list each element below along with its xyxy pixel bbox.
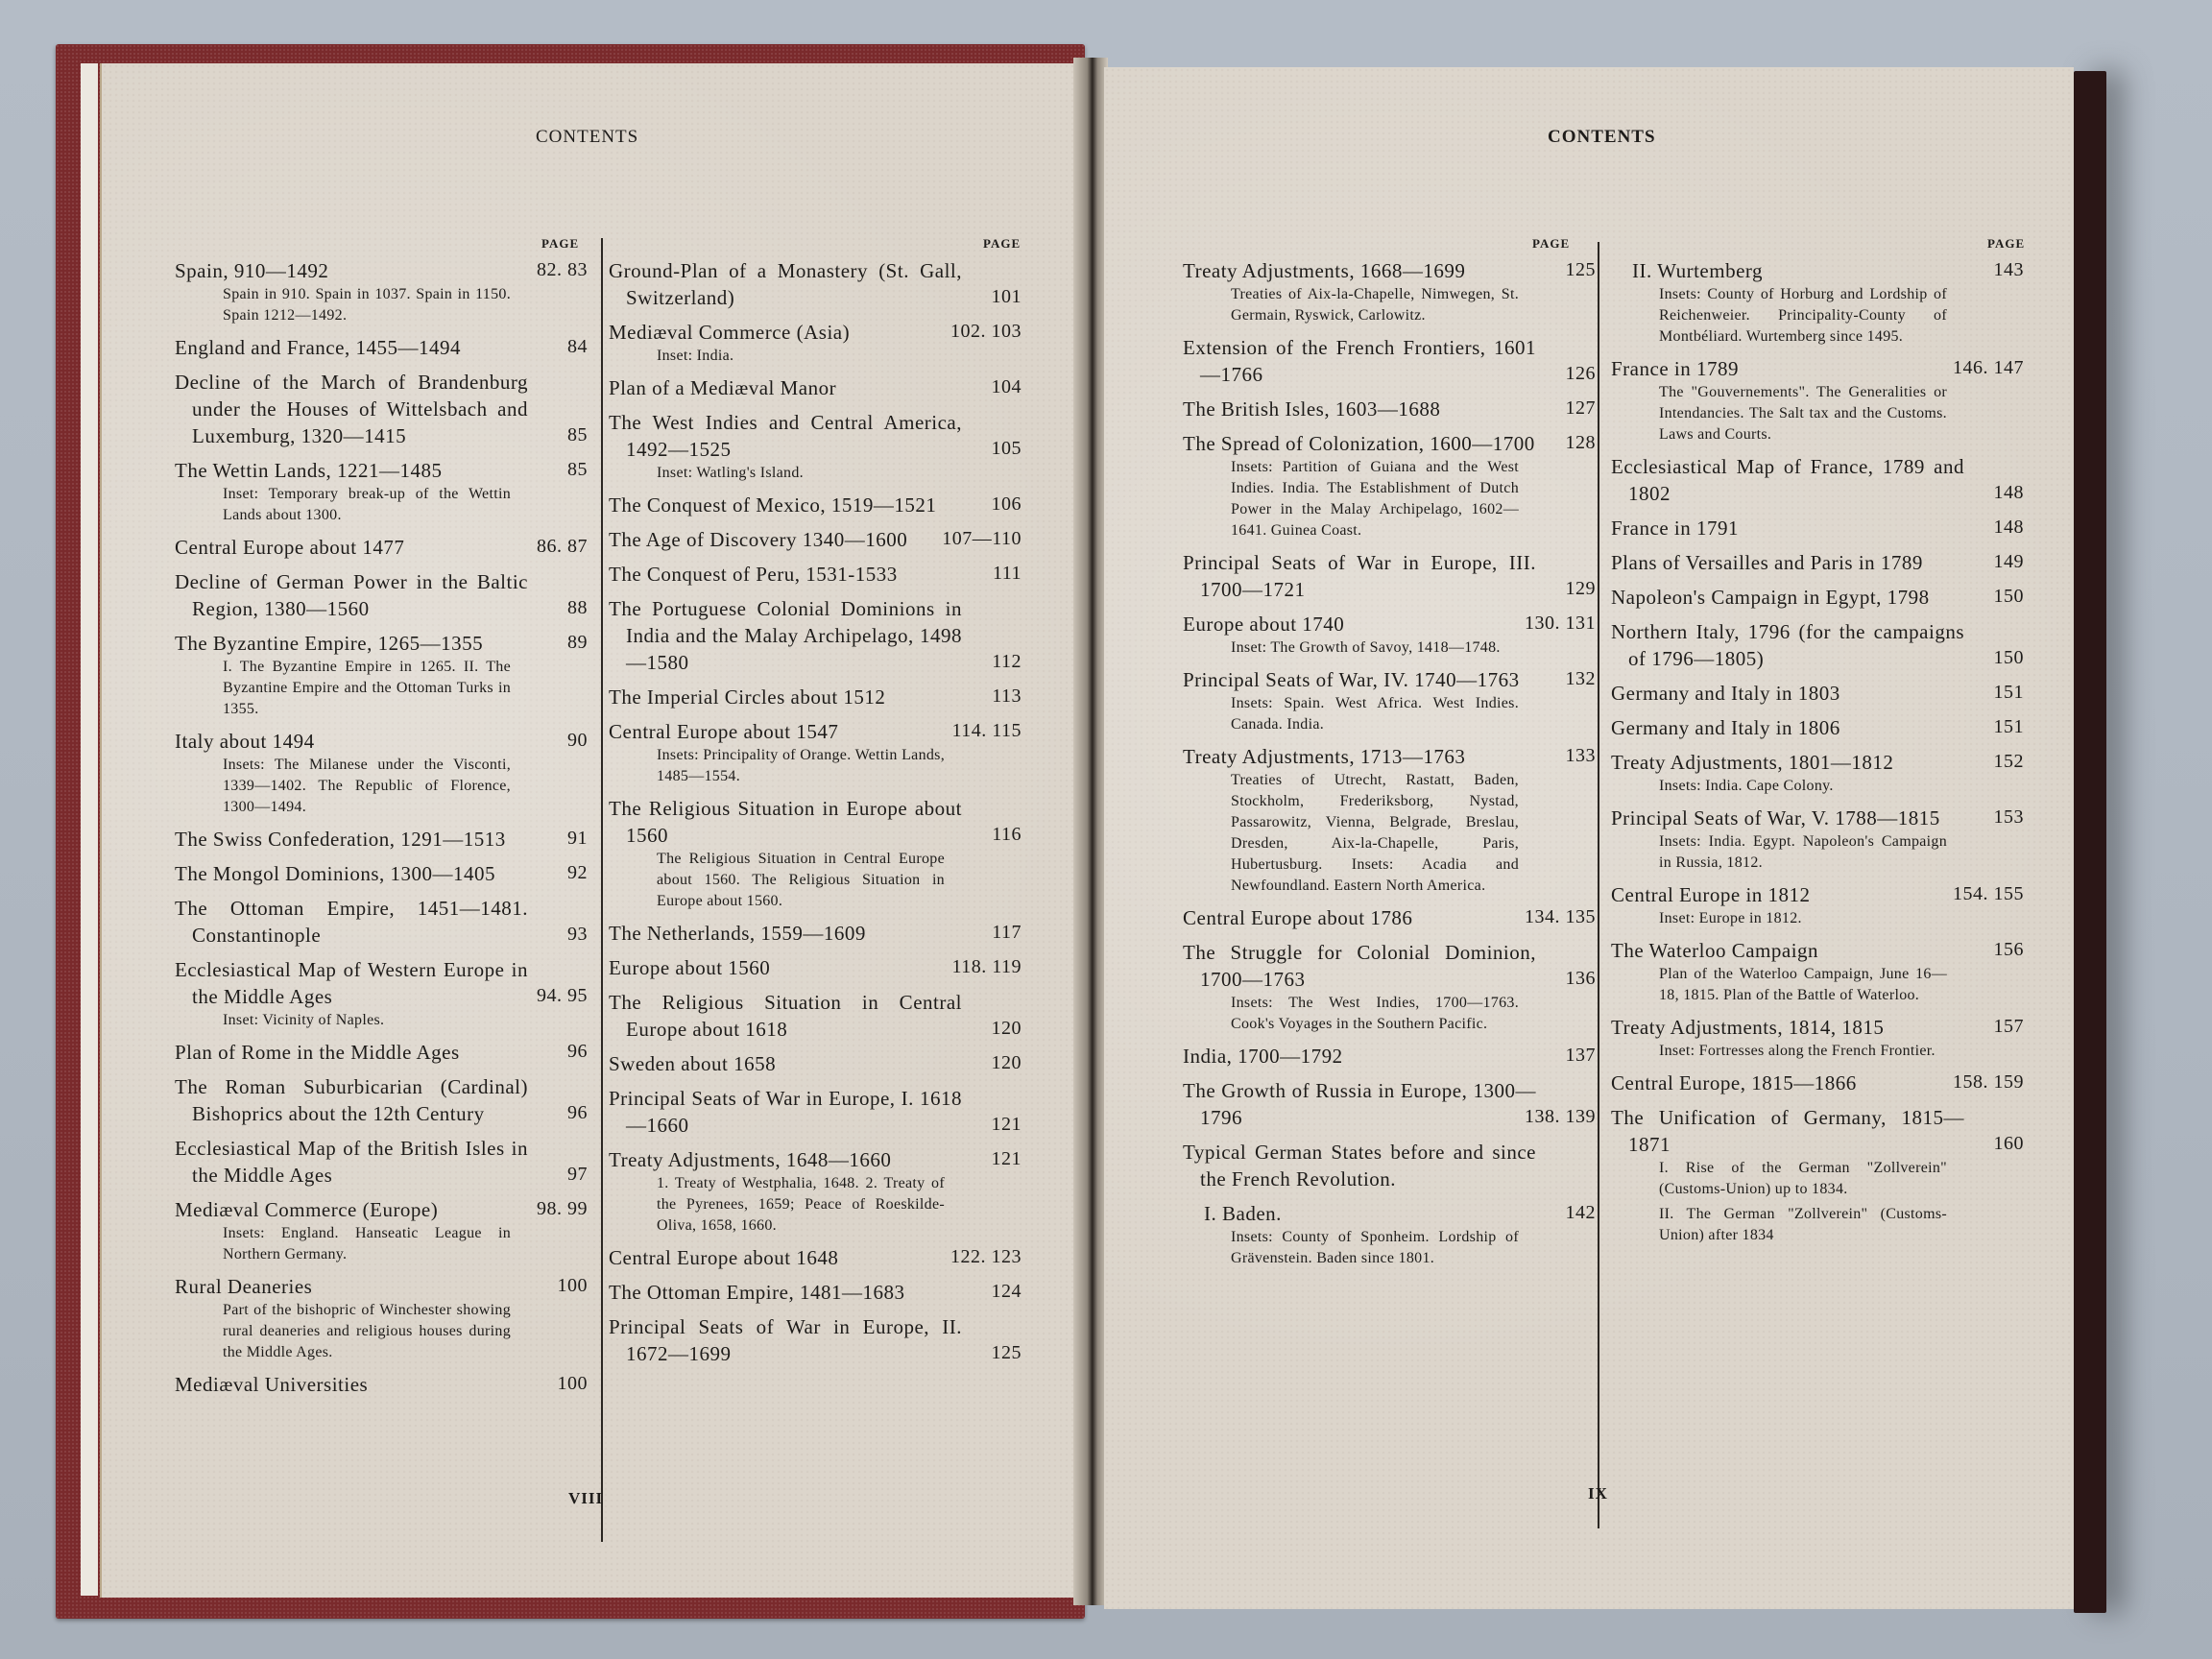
- entry-title: Rural Deaneries: [175, 1273, 528, 1300]
- entry-page-number: 158. 159: [1953, 1071, 2024, 1094]
- entry-page-number: 150: [1994, 647, 2025, 669]
- entry-inset-note: 1. Treaty of Westphalia, 1648. 2. Treaty…: [609, 1173, 945, 1237]
- entry-page-number: 134. 135: [1525, 906, 1596, 928]
- entry-inset-note: Inset: The Growth of Savoy, 1418—1748.: [1183, 637, 1519, 659]
- entry-page-number: 90: [567, 730, 588, 752]
- entry-title: The Imperial Circles about 1512: [609, 684, 962, 710]
- entry-page-number: 117: [992, 922, 1022, 944]
- toc-entry: Plans of Versailles and Paris in 1789149: [1611, 549, 2024, 576]
- toc-entry: The Portuguese Colonial Dominions in Ind…: [609, 595, 1022, 676]
- page-number: VIII: [568, 1489, 603, 1508]
- entry-title: The British Isles, 1603—1688: [1183, 396, 1536, 422]
- running-head: CONTENTS: [536, 127, 638, 148]
- toc-entry: Typical German States before and since t…: [1183, 1139, 1596, 1192]
- entry-page-number: 116: [992, 824, 1022, 846]
- entry-page-number: 148: [1994, 517, 2025, 539]
- entry-title: Plan of a Mediæval Manor: [609, 374, 962, 401]
- entry-page-number: 113: [992, 685, 1022, 708]
- entry-title: II. Wurtemberg: [1611, 257, 1985, 284]
- entry-title: The Netherlands, 1559—1609: [609, 920, 962, 947]
- entry-title: The Ottoman Empire, 1481—1683: [609, 1279, 962, 1306]
- toc-entry: The Waterloo Campaign156Plan of the Wate…: [1611, 937, 2024, 1006]
- toc-entry: The Spread of Colonization, 1600—1700128…: [1183, 430, 1596, 541]
- toc-entry: The Religious Situation in Central Europ…: [609, 989, 1022, 1043]
- entry-page-number: 120: [992, 1052, 1022, 1074]
- toc-entry: Northern Italy, 1796 (for the campaigns …: [1611, 618, 2024, 672]
- page-column-header: PAGE: [1532, 236, 1570, 252]
- entry-title: The Ottoman Empire, 1451—1481. Constanti…: [175, 895, 528, 949]
- toc-entry: The Unification of Germany, 1815—1871160…: [1611, 1104, 2024, 1246]
- toc-entries: Treaty Adjustments, 1668—1699125Treaties…: [1183, 236, 1596, 1269]
- entry-title: The Unification of Germany, 1815—1871: [1611, 1104, 1964, 1158]
- entry-title: The Swiss Confederation, 1291—1513: [175, 826, 528, 853]
- entry-title: Central Europe about 1477: [175, 534, 528, 561]
- toc-entry: Plan of Rome in the Middle Ages96: [175, 1039, 588, 1066]
- running-head: CONTENTS: [1548, 127, 1656, 148]
- entry-page-number: 93: [567, 924, 588, 946]
- entry-inset-note: Treaties of Utrecht, Rastatt, Baden, Sto…: [1183, 770, 1519, 897]
- entry-inset-note: The "Gouvernements". The Generalities or…: [1611, 382, 1947, 445]
- toc-entry: The West Indies and Central America, 149…: [609, 409, 1022, 484]
- entry-page-number: 96: [567, 1041, 588, 1063]
- entry-title: Central Europe about 1547: [609, 718, 962, 745]
- entry-inset-note: The Religious Situation in Central Europ…: [609, 849, 945, 912]
- entry-page-number: 152: [1994, 751, 2025, 773]
- entry-inset-note: Insets: India. Egypt. Napoleon's Campaig…: [1611, 831, 1947, 874]
- entry-title: The Wettin Lands, 1221—1485: [175, 457, 528, 484]
- entry-page-number: 160: [1994, 1133, 2025, 1155]
- entry-page-number: 150: [1994, 586, 2025, 608]
- toc-entry: Treaty Adjustments, 1668—1699125Treaties…: [1183, 257, 1596, 326]
- entry-page-number: 100: [558, 1373, 589, 1395]
- entry-inset-note: Insets: The West Indies, 1700—1763. Cook…: [1183, 993, 1519, 1035]
- entry-title: Treaty Adjustments, 1713—1763: [1183, 743, 1536, 770]
- toc-entry: Treaty Adjustments, 1648—16601211. Treat…: [609, 1146, 1022, 1237]
- toc-entries: Spain, 910—149282. 83Spain in 910. Spain…: [175, 236, 588, 1398]
- entry-title: The Mongol Dominions, 1300—1405: [175, 860, 528, 887]
- toc-entry: Germany and Italy in 1806151: [1611, 714, 2024, 741]
- entry-title: Principal Seats of War, IV. 1740—1763: [1183, 666, 1536, 693]
- entry-title: Ecclesiastical Map of Western Europe in …: [175, 956, 528, 1010]
- left-page: CONTENTS PAGE Spain, 910—149282. 83Spain…: [100, 63, 1085, 1598]
- toc-entry: Central Europe in 1812154. 155Inset: Eur…: [1611, 881, 2024, 929]
- entry-title: Germany and Italy in 1806: [1611, 714, 1964, 741]
- entry-page-number: 133: [1566, 745, 1597, 767]
- toc-entry: Central Europe about 147786. 87: [175, 534, 588, 561]
- toc-entries: II. Wurtemberg143Insets: County of Horbu…: [1611, 236, 2024, 1246]
- toc-entry: The Growth of Russia in Europe, 1300—179…: [1183, 1077, 1596, 1131]
- entry-title: Europe about 1740: [1183, 611, 1536, 637]
- toc-entry: The Wettin Lands, 1221—148585Inset: Temp…: [175, 457, 588, 526]
- entry-title: The Struggle for Colonial Dominion, 1700…: [1183, 939, 1536, 993]
- entry-inset-note: Inset: Vicinity of Naples.: [175, 1010, 511, 1031]
- entry-title: Extension of the French Frontiers, 1601—…: [1183, 334, 1536, 388]
- entry-title: The Conquest of Peru, 1531-1533: [609, 561, 962, 588]
- entry-title: Treaty Adjustments, 1668—1699: [1183, 257, 1536, 284]
- toc-entry: Rural Deaneries100Part of the bishopric …: [175, 1273, 588, 1363]
- toc-entry: Principal Seats of War in Europe, II. 16…: [609, 1313, 1022, 1367]
- toc-entry: Decline of German Power in the Baltic Re…: [175, 568, 588, 622]
- toc-entry: Ecclesiastical Map of France, 1789 and 1…: [1611, 453, 2024, 507]
- entry-page-number: 97: [567, 1164, 588, 1186]
- entry-title: Europe about 1560: [609, 954, 962, 981]
- entry-page-number: 129: [1566, 578, 1597, 600]
- entry-page-number: 106: [992, 493, 1022, 516]
- entry-page-number: 101: [992, 286, 1022, 308]
- toc-entry: The Religious Situation in Europe about …: [609, 795, 1022, 912]
- entry-inset-note: Inset: Watling's Island.: [609, 463, 945, 484]
- column-divider: [601, 238, 603, 1542]
- entry-page-number: 151: [1994, 716, 2025, 738]
- entry-title: Typical German States before and since t…: [1183, 1139, 1536, 1192]
- entry-title: Mediæval Universities: [175, 1371, 528, 1398]
- toc-entry: India, 1700—1792137: [1183, 1043, 1596, 1070]
- toc-entry: Europe about 1740130. 131Inset: The Grow…: [1183, 611, 1596, 659]
- toc-entry: Extension of the French Frontiers, 1601—…: [1183, 334, 1596, 388]
- entry-title: Principal Seats of War in Europe, III. 1…: [1183, 549, 1536, 603]
- entry-page-number: 112: [992, 651, 1022, 673]
- toc-entry: The Roman Suburbicarian (Cardinal) Bisho…: [175, 1073, 588, 1127]
- entry-page-number: 136: [1566, 968, 1597, 990]
- toc-entry: Decline of the March of Brandenburg unde…: [175, 369, 588, 449]
- entry-title: The West Indies and Central America, 149…: [609, 409, 962, 463]
- toc-entry: The Ottoman Empire, 1481—1683124: [609, 1279, 1022, 1306]
- entry-page-number: 130. 131: [1525, 613, 1596, 635]
- column-divider: [1598, 242, 1599, 1528]
- entry-title: Ground-Plan of a Monastery (St. Gall, Sw…: [609, 257, 962, 311]
- toc-entry: Treaty Adjustments, 1814, 1815157Inset: …: [1611, 1014, 2024, 1062]
- entry-inset-note: Inset: Temporary break-up of the Wettin …: [175, 484, 511, 526]
- toc-entry: Ground-Plan of a Monastery (St. Gall, Sw…: [609, 257, 1022, 311]
- entry-title: The Portuguese Colonial Dominions in Ind…: [609, 595, 962, 676]
- toc-entry: I. Baden.142Insets: County of Sponheim. …: [1183, 1200, 1596, 1269]
- entry-title: The Religious Situation in Europe about …: [609, 795, 962, 849]
- entry-page-number: 120: [992, 1018, 1022, 1040]
- entry-title: Sweden about 1658: [609, 1050, 962, 1077]
- entry-title: The Conquest of Mexico, 1519—1521: [609, 492, 962, 518]
- toc-entry: The Byzantine Empire, 1265—135589I. The …: [175, 630, 588, 720]
- entry-inset-note: Insets: County of Sponheim. Lordship of …: [1183, 1227, 1519, 1269]
- entry-title: The Byzantine Empire, 1265—1355: [175, 630, 528, 657]
- entry-title: Mediæval Commerce (Europe): [175, 1196, 528, 1223]
- entry-page-number: 142: [1566, 1202, 1597, 1224]
- entry-inset-note: Treaties of Aix-la-Chapelle, Nimwegen, S…: [1183, 284, 1519, 326]
- entry-page-number: 148: [1994, 482, 2025, 504]
- entry-title: The Roman Suburbicarian (Cardinal) Bisho…: [175, 1073, 528, 1127]
- entry-title: Decline of German Power in the Baltic Re…: [175, 568, 528, 622]
- entry-page-number: 137: [1566, 1045, 1597, 1067]
- toc-entry: Treaty Adjustments, 1801—1812152Insets: …: [1611, 749, 2024, 797]
- toc-entry: The Netherlands, 1559—1609117: [609, 920, 1022, 947]
- entry-title: Principal Seats of War, V. 1788—1815: [1611, 805, 1964, 831]
- entry-page-number: 124: [992, 1281, 1022, 1303]
- entry-page-number: 127: [1566, 397, 1597, 420]
- entry-title: The Spread of Colonization, 1600—1700: [1183, 430, 1536, 457]
- entry-page-number: 91: [567, 828, 588, 850]
- entry-inset-note: Insets: The Milanese under the Visconti,…: [175, 755, 511, 818]
- toc-entry: Central Europe about 1648122. 123: [609, 1244, 1022, 1271]
- toc-entry: Germany and Italy in 1803151: [1611, 680, 2024, 707]
- entry-title: Plan of Rome in the Middle Ages: [175, 1039, 528, 1066]
- entry-page-number: 100: [558, 1275, 589, 1297]
- entry-title: The Waterloo Campaign: [1611, 937, 1964, 964]
- entry-page-number: 96: [567, 1102, 588, 1124]
- entry-page-number: 118. 119: [951, 956, 1022, 978]
- entry-title: India, 1700—1792: [1183, 1043, 1536, 1070]
- entry-title: France in 1789: [1611, 355, 1964, 382]
- toc-entry: Europe about 1560118. 119: [609, 954, 1022, 981]
- entry-page-number: 138. 139: [1525, 1106, 1596, 1128]
- entry-title: Treaty Adjustments, 1801—1812: [1611, 749, 1964, 776]
- entry-page-number: 154. 155: [1953, 883, 2024, 905]
- entry-title: Mediæval Commerce (Asia): [609, 319, 962, 346]
- entry-title: Spain, 910—1492: [175, 257, 528, 284]
- entry-page-number: 98. 99: [537, 1198, 588, 1220]
- entry-title: Germany and Italy in 1803: [1611, 680, 1964, 707]
- entry-page-number: 146. 147: [1953, 357, 2024, 379]
- book-gutter: [1073, 58, 1108, 1605]
- entry-title: Central Europe about 1648: [609, 1244, 962, 1271]
- entry-page-number: 128: [1566, 432, 1597, 454]
- entry-page-number: 149: [1994, 551, 2025, 573]
- entry-title: Principal Seats of War in Europe, I. 161…: [609, 1085, 962, 1139]
- entry-title: Northern Italy, 1796 (for the campaigns …: [1611, 618, 1964, 672]
- entry-page-number: 86. 87: [537, 536, 588, 558]
- page-column-header: PAGE: [983, 236, 1021, 252]
- toc-entry: The Conquest of Peru, 1531-1533111: [609, 561, 1022, 588]
- toc-entry: Principal Seats of War, IV. 1740—1763132…: [1183, 666, 1596, 735]
- entry-title: Principal Seats of War in Europe, II. 16…: [609, 1313, 962, 1367]
- toc-entry: Central Europe about 1786134. 135: [1183, 904, 1596, 931]
- right-page: CONTENTS PAGE Treaty Adjustments, 1668—1…: [1104, 67, 2074, 1609]
- toc-entry: Central Europe, 1815—1866158. 159: [1611, 1070, 2024, 1096]
- entry-title: Plans of Versailles and Paris in 1789: [1611, 549, 1964, 576]
- entry-title: The Growth of Russia in Europe, 1300—179…: [1183, 1077, 1536, 1131]
- entry-title: Treaty Adjustments, 1814, 1815: [1611, 1014, 1964, 1041]
- toc-entry: Napoleon's Campaign in Egypt, 1798150: [1611, 584, 2024, 611]
- entry-page-number: 157: [1994, 1016, 2025, 1038]
- toc-entry: Principal Seats of War, V. 1788—1815153I…: [1611, 805, 2024, 874]
- entry-inset-note: Spain in 910. Spain in 1037. Spain in 11…: [175, 284, 511, 326]
- entry-page-number: 121: [992, 1114, 1022, 1136]
- toc-entry: The British Isles, 1603—1688127: [1183, 396, 1596, 422]
- entry-page-number: 89: [567, 632, 588, 654]
- toc-entry: The Struggle for Colonial Dominion, 1700…: [1183, 939, 1596, 1035]
- entry-page-number: 125: [1566, 259, 1597, 281]
- toc-entry: Principal Seats of War in Europe, I. 161…: [609, 1085, 1022, 1139]
- entry-inset-note: Inset: Fortresses along the French Front…: [1611, 1041, 1947, 1062]
- entry-page-number: 88: [567, 597, 588, 619]
- entry-page-number: 107—110: [942, 528, 1022, 550]
- entry-title: Napoleon's Campaign in Egypt, 1798: [1611, 584, 1964, 611]
- entry-page-number: 151: [1994, 682, 2025, 704]
- page-column-header: PAGE: [541, 236, 579, 252]
- entry-page-number: 111: [993, 563, 1022, 585]
- toc-entry: Central Europe about 1547114. 115Insets:…: [609, 718, 1022, 787]
- entry-title: Central Europe about 1786: [1183, 904, 1536, 931]
- entry-title: England and France, 1455—1494: [175, 334, 528, 361]
- entry-title: Ecclesiastical Map of the British Isles …: [175, 1135, 528, 1189]
- entry-page-number: 94. 95: [537, 985, 588, 1007]
- entry-inset-note: I. Rise of the German "Zollverein" (Cust…: [1611, 1158, 1947, 1200]
- toc-entry: Ecclesiastical Map of the British Isles …: [175, 1135, 588, 1189]
- toc-entry: Mediæval Commerce (Asia)102. 103Inset: I…: [609, 319, 1022, 367]
- entry-inset-note: Insets: Spain. West Africa. West Indies.…: [1183, 693, 1519, 735]
- toc-entry: II. Wurtemberg143Insets: County of Horbu…: [1611, 257, 2024, 348]
- toc-entry: Plan of a Mediæval Manor104: [609, 374, 1022, 401]
- toc-column-1: PAGE Treaty Adjustments, 1668—1699125Tre…: [1183, 236, 1596, 1277]
- entry-page-number: 125: [992, 1342, 1022, 1364]
- entry-title: Central Europe, 1815—1866: [1611, 1070, 1964, 1096]
- entry-page-number: 84: [567, 336, 588, 358]
- entry-page-number: 85: [567, 459, 588, 481]
- entry-page-number: 143: [1994, 259, 2025, 281]
- page-column-header: PAGE: [1987, 236, 2025, 252]
- entry-inset-note: Plan of the Waterloo Campaign, June 16—1…: [1611, 964, 1947, 1006]
- toc-entry: The Conquest of Mexico, 1519—1521106: [609, 492, 1022, 518]
- entry-page-number: 122. 123: [950, 1246, 1022, 1268]
- entry-inset-note: Insets: England. Hanseatic League in Nor…: [175, 1223, 511, 1265]
- toc-entry: The Ottoman Empire, 1451—1481. Constanti…: [175, 895, 588, 949]
- entry-title: Decline of the March of Brandenburg unde…: [175, 369, 528, 449]
- entry-page-number: 104: [992, 376, 1022, 398]
- toc-entry: Principal Seats of War in Europe, III. 1…: [1183, 549, 1596, 603]
- toc-column-2: PAGE Ground-Plan of a Monastery (St. Gal…: [609, 236, 1022, 1375]
- entry-page-number: 156: [1994, 939, 2025, 961]
- entry-page-number: 153: [1994, 806, 2025, 829]
- entry-title: Treaty Adjustments, 1648—1660: [609, 1146, 962, 1173]
- entry-page-number: 82. 83: [537, 259, 588, 281]
- entry-title: Central Europe in 1812: [1611, 881, 1964, 908]
- entry-title: Italy about 1494: [175, 728, 528, 755]
- entry-inset-note: Inset: Europe in 1812.: [1611, 908, 1947, 929]
- entry-inset-note: Part of the bishopric of Winchester show…: [175, 1300, 511, 1363]
- toc-entry: The Imperial Circles about 1512113: [609, 684, 1022, 710]
- toc-entry: France in 1789146. 147The "Gouvernements…: [1611, 355, 2024, 445]
- entry-inset-note: Insets: India. Cape Colony.: [1611, 776, 1947, 797]
- entry-title: Ecclesiastical Map of France, 1789 and 1…: [1611, 453, 1964, 507]
- entry-inset-note: Inset: India.: [609, 346, 945, 367]
- toc-entry: Italy about 149490Insets: The Milanese u…: [175, 728, 588, 818]
- entry-page-number: 85: [567, 424, 588, 446]
- toc-entry: France in 1791148: [1611, 515, 2024, 541]
- flyleaf-edge: [81, 63, 98, 1596]
- entry-page-number: 102. 103: [950, 321, 1022, 343]
- entry-inset-note: Insets: County of Horburg and Lordship o…: [1611, 284, 1947, 348]
- toc-entry: England and France, 1455—149484: [175, 334, 588, 361]
- toc-entry: Ecclesiastical Map of Western Europe in …: [175, 956, 588, 1031]
- toc-column-1: PAGE Spain, 910—149282. 83Spain in 910. …: [175, 236, 588, 1406]
- entry-title: The Religious Situation in Central Europ…: [609, 989, 962, 1043]
- entry-page-number: 121: [992, 1148, 1022, 1170]
- toc-entry: Mediæval Universities100: [175, 1371, 588, 1398]
- toc-entry: Spain, 910—149282. 83Spain in 910. Spain…: [175, 257, 588, 326]
- toc-column-2: PAGE II. Wurtemberg143Insets: County of …: [1611, 236, 2024, 1254]
- toc-entry: The Age of Discovery 1340—1600107—110: [609, 526, 1022, 553]
- entry-page-number: 105: [992, 438, 1022, 460]
- entry-title: I. Baden.: [1183, 1200, 1557, 1227]
- toc-entry: The Swiss Confederation, 1291—151391: [175, 826, 588, 853]
- toc-entries: Ground-Plan of a Monastery (St. Gall, Sw…: [609, 236, 1022, 1367]
- entry-title: France in 1791: [1611, 515, 1964, 541]
- toc-entry: Sweden about 1658120: [609, 1050, 1022, 1077]
- entry-inset-note: Insets: Principality of Orange. Wettin L…: [609, 745, 945, 787]
- entry-page-number: 132: [1566, 668, 1597, 690]
- entry-page-number: 114. 115: [951, 720, 1022, 742]
- entry-page-number: 126: [1566, 363, 1597, 385]
- book-cover-right: [2074, 71, 2106, 1613]
- entry-inset-note: II. The German "Zollverein" (Customs-Uni…: [1611, 1204, 1947, 1246]
- entry-page-number: 92: [567, 862, 588, 884]
- toc-entry: The Mongol Dominions, 1300—140592: [175, 860, 588, 887]
- entry-inset-note: I. The Byzantine Empire in 1265. II. The…: [175, 657, 511, 720]
- entry-title: The Age of Discovery 1340—1600: [609, 526, 962, 553]
- entry-inset-note: Insets: Partition of Guiana and the West…: [1183, 457, 1519, 541]
- toc-entry: Treaty Adjustments, 1713—1763133Treaties…: [1183, 743, 1596, 897]
- page-number: IX: [1588, 1484, 1608, 1503]
- toc-entry: Mediæval Commerce (Europe)98. 99Insets: …: [175, 1196, 588, 1265]
